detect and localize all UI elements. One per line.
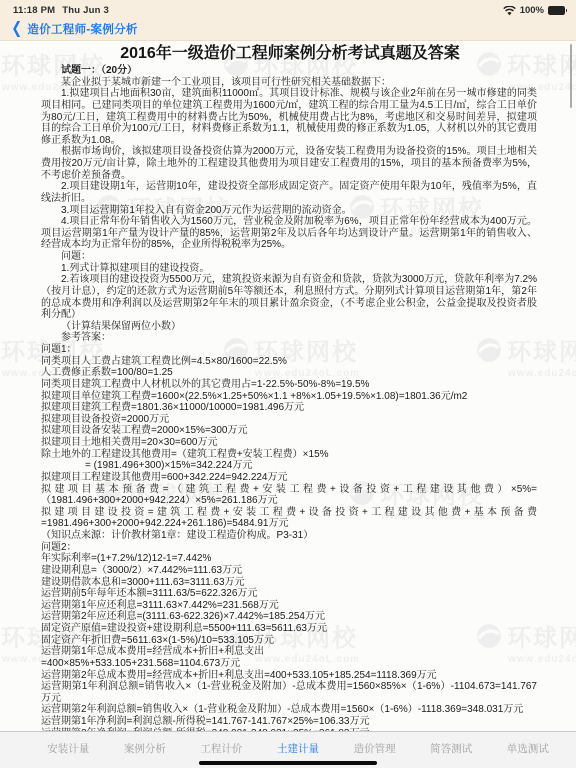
doc-line: 1.列式计算拟建项目的建设投资。: [41, 263, 537, 275]
doc-line: 同类项目建筑工程费中人材机以外的其它费用占=1-22.5%-50%-8%=19.…: [41, 379, 537, 391]
document-scroll-area[interactable]: 环球网校www.edu24oL.com环球网校www.edu24oL.com环球…: [0, 41, 576, 731]
tab-item-3[interactable]: 土建计量: [260, 741, 337, 756]
doc-line: 建设期利息=（3000/2）×7.442%=111.63万元: [41, 565, 537, 577]
doc-line: 参考答案：: [41, 332, 537, 344]
doc-line: 同类项目人工费占建筑工程费比例=4.5×80/1600=22.5%: [41, 356, 537, 368]
doc-line: 年实际利率=(1+7.2%/12)12-1=7.442%: [41, 553, 537, 565]
tab-item-4[interactable]: 造价管理: [336, 741, 413, 756]
status-time-date: 11:18 PMThu Jun 3: [13, 5, 109, 16]
doc-line: 1.拟建项目占地面积30亩，建筑面积11000㎡。其项目设计标准、规模与该企业2…: [41, 88, 537, 146]
tab-item-2[interactable]: 工程计价: [183, 741, 260, 756]
doc-line: 拟建项目土地相关费用=20×30=600万元: [41, 437, 537, 449]
doc-line: 运营期第1年净利润=利润总额-所得税=141.767-141.767×25%=1…: [41, 716, 537, 728]
back-button-label: 造价工程师-案例分析: [27, 21, 137, 37]
battery-percent: 100%: [520, 5, 544, 16]
tab-item-5[interactable]: 简答测试: [413, 741, 490, 756]
doc-line: 问题：: [41, 251, 537, 263]
document-title: 2016年一级造价工程师案例分析考试真题及答案: [40, 44, 540, 63]
doc-line: 运营期第2年总成本费用=经营成本+折旧+利息支出=400+533.105+185…: [41, 670, 537, 682]
doc-line: 4.项目正常年份年销售收入为1560万元，营业税金及附加税率为6%，项目正常年份…: [41, 216, 537, 251]
doc-line: = (1981.496+300)×15%=342.224万元: [41, 460, 537, 472]
bottom-tab-bar: 安装计量案例分析工程计价土建计量造价管理简答测试单选测试: [0, 731, 576, 768]
doc-line: 人工费修正系数=100/80=1.25: [41, 367, 537, 379]
doc-line: 根据市场询价，该拟建项目设备投资估算为2000万元，设备安装工程费用为设备投资的…: [41, 146, 537, 181]
scrollbar-thumb[interactable]: [570, 44, 573, 108]
doc-line: 除土地外的工程建设其他费用=（建筑工程费+安装工程费）×15%: [41, 449, 537, 461]
doc-line: 试题一：（20分）: [41, 65, 537, 77]
doc-line: 问题1：: [41, 344, 537, 356]
doc-line: 拟建项目单位建筑工程费=1600×(22.5%×1.25+50%×1.1 +8%…: [41, 391, 537, 403]
battery-icon: [548, 6, 565, 15]
doc-line: （计算结果保留两位小数）: [41, 321, 537, 333]
doc-line: 某企业拟于某城市新建一个工业项目，该项目可行性研究相关基础数据下：: [41, 77, 537, 89]
doc-line: 拟建项目设备投资=2000万元: [41, 414, 537, 426]
doc-line: 问题2：: [41, 542, 537, 554]
tab-item-0[interactable]: 安装计量: [30, 741, 107, 756]
doc-line: 运营期第1年应还利息=3111.63×7.442%=231.568万元: [41, 600, 537, 612]
doc-line: 固定资产年折旧费=5611.63×(1-5%)/10=533.105万元: [41, 635, 537, 647]
doc-line: =1981.496+300+2000+942.224+261.186)=5484…: [41, 518, 537, 530]
wifi-icon: [503, 6, 516, 16]
doc-line: 运营期第2年利润总额=销售收入×（1-营业税金及附加）-总成本费用=1560×（…: [41, 704, 537, 716]
doc-line: 建设期借款本息和=3000+111.63=3111.63万元: [41, 577, 537, 589]
doc-line: 拟建项目建筑工程费=1801.36×11000/10000=1981.496万元: [41, 402, 537, 414]
tab-item-6[interactable]: 单选测试: [489, 741, 566, 756]
app-screen: 11:18 PMThu Jun 3 100% ❮ 造价工程师-案例分析 环球网校…: [0, 0, 576, 768]
doc-line: 2.若该项目的建设投资为5500万元，建筑投资来源为自有资金和贷款，贷款为300…: [41, 274, 537, 321]
chevron-left-icon: ❮: [11, 22, 22, 36]
nav-bar: ❮ 造价工程师-案例分析: [0, 18, 576, 37]
doc-line: =400×85%+533.105+231.568=1104.673万元: [41, 658, 537, 670]
document-body: 试题一：（20分）某企业拟于某城市新建一个工业项目，该项目可行性研究相关基础数据…: [0, 65, 576, 731]
doc-line: 运营期第1年总成本费用=经营成本+折旧+利息支出: [41, 646, 537, 658]
status-time: 11:18 PM: [13, 5, 55, 16]
doc-line: 2.项目建设期1年，运营期10年，建设投资全部形成固定资产。固定资产使用年限为1…: [41, 181, 537, 204]
status-indicators: 100%: [503, 5, 565, 16]
doc-line: 固定资产原值=建设投资+建设期利息=5500+111.63=5611.63万元: [41, 623, 537, 635]
doc-line: 拟建项目基本预备费=（建筑工程费+安装工程费+设备投资+工程建设其他费）×5%=: [41, 484, 537, 496]
tab-item-1[interactable]: 案例分析: [107, 741, 184, 756]
doc-line: 运营期第2年应还利息=(3111.63-622.326)×7.442%=185.…: [41, 611, 537, 623]
doc-line: 拟建项目工程建设其他费用=600+342.224=942.224万元: [41, 472, 537, 484]
doc-line: 3.项目运营期第1年投入自有资金200万元作为运营期的流动资金。: [41, 205, 537, 217]
doc-line: 运营期第1年利润总额=销售收入×（1-营业税金及附加）-总成本费用=1560×8…: [41, 681, 537, 704]
doc-line: 拟建项目设备安装工程费=2000×15%=300万元: [41, 425, 537, 437]
doc-line: 运营期前5年每年还本额=3111.63/5=622.326万元: [41, 588, 537, 600]
doc-line: 拟建项目建设投资=建筑工程费+安装工程费+设备投资+工程建设其他费+基本预备费: [41, 507, 537, 519]
home-indicator[interactable]: [199, 761, 377, 766]
tab-list: 安装计量案例分析工程计价土建计量造价管理简答测试单选测试: [0, 732, 576, 756]
back-button[interactable]: ❮ 造价工程师-案例分析: [10, 21, 138, 37]
doc-line: （知识点来源：计价教材第1章：建设工程造价构成。P3-31）: [41, 530, 537, 542]
status-bar: 11:18 PMThu Jun 3 100%: [0, 0, 576, 18]
status-date: Thu Jun 3: [62, 5, 109, 16]
top-bar: 11:18 PMThu Jun 3 100% ❮ 造价工程师-案例分析: [0, 0, 576, 41]
doc-line: （1981.496+300+2000+942.224）×5%=261.186万元: [41, 495, 537, 507]
